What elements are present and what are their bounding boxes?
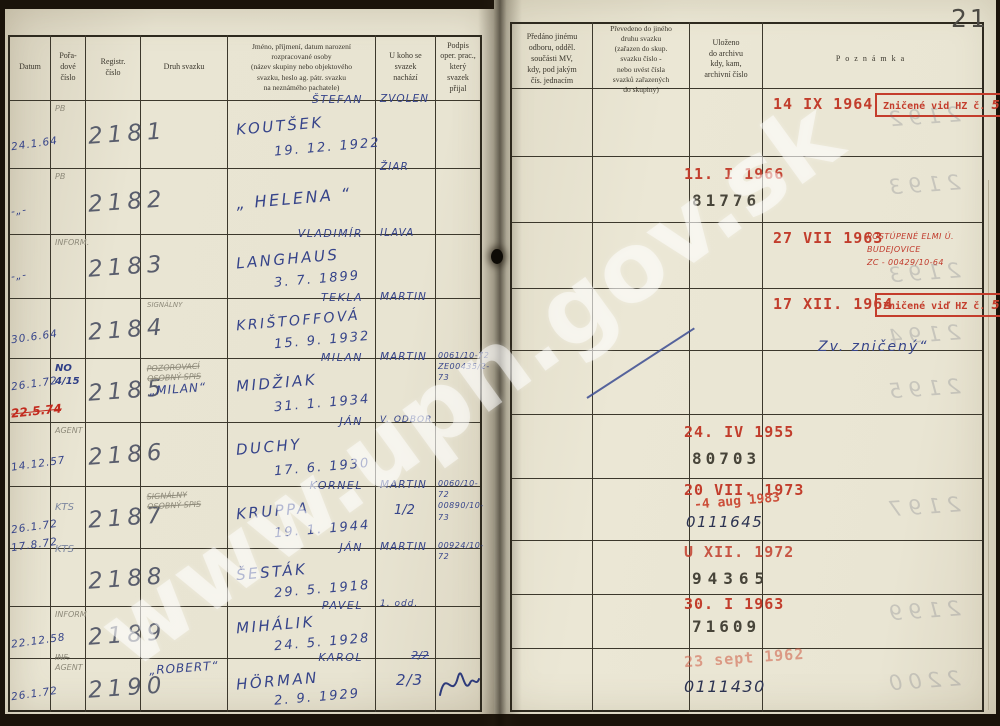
ulozeno-cell: 11. I 1966 81776 xyxy=(690,157,763,222)
poznamka-cell xyxy=(763,415,982,478)
datum-cell: 24.1.64 xyxy=(10,101,51,168)
prevedeno-cell xyxy=(593,351,690,414)
druh-cell: SIGNÁLNY xyxy=(141,299,228,358)
signature-cell xyxy=(436,423,480,486)
registr-cell: 2188 xyxy=(86,549,141,606)
location-fraction: 1/2 xyxy=(394,503,415,518)
ledger-row: 22.12.58 INFORM 2189 PAVEL MIHÁLIK 24. 5… xyxy=(10,606,480,658)
druh-cell xyxy=(141,169,228,234)
ledger-row: Zv. zničený“ 2195 xyxy=(512,350,982,414)
surname: DUCHY xyxy=(235,435,302,459)
right-table-header: Předáno jinému odboru, odděl. součásti M… xyxy=(512,22,982,88)
surname: KRUPPA xyxy=(235,498,310,522)
destroyed-stamp-number: 59/88 xyxy=(991,98,1000,112)
ledger-photo: Datum Pořa- dové číslo Registr. číslo Dr… xyxy=(0,0,1000,726)
archive-number-stamp: 80703 xyxy=(692,449,760,468)
archive-number-stamp: 81776 xyxy=(692,191,760,210)
header-poznamka: Poznámka xyxy=(763,22,982,97)
registr-cell: 2183 xyxy=(86,235,141,298)
archive-number-hand: 0111430 xyxy=(684,677,766,696)
ledger-row: 14.12.57 AGENT 2186 JÁN DUCHY 17. 6. 193… xyxy=(10,422,480,486)
bleedthrough-ghost-number: 2200 xyxy=(882,666,961,695)
registr-cell: 2182 xyxy=(86,169,141,234)
predano-cell xyxy=(512,415,593,478)
bleedthrough-ghost-number: 2192 xyxy=(882,102,961,131)
name-cell: ŠTEFAN KOUTŠEK 19. 12. 1922 xyxy=(228,101,376,168)
location: ZVOLEN xyxy=(380,93,429,105)
archive-number-stamp: 94365 xyxy=(692,569,770,588)
location: ILAVA xyxy=(380,227,414,239)
birth-date: 19. 12. 1922 xyxy=(274,135,382,159)
druh-note: SIGNÁLNY xyxy=(147,301,182,310)
poradove-value: KTS xyxy=(55,501,74,514)
location: ŽIAR xyxy=(380,161,409,173)
predano-cell xyxy=(512,541,593,594)
location: MARTIN xyxy=(380,351,427,363)
location: V. ODBOR xyxy=(380,415,432,425)
ulozeno-cell xyxy=(690,89,763,156)
datum-cell: 17.8.72 xyxy=(10,549,51,606)
ledger-row: 30. I 1963 71609 2199 xyxy=(512,594,982,648)
destroyed-stamp-number: 52/87 xyxy=(991,298,1000,312)
signature-cell xyxy=(436,607,480,658)
datum-value: -„- xyxy=(10,204,28,218)
datum-cell: 14.12.57 xyxy=(10,423,51,486)
poradove-crossed: INF. xyxy=(55,653,69,663)
name-cell: MILAN MIDŽIAK 31. 1. 1934 xyxy=(228,359,376,422)
poradove-value: AGENT xyxy=(55,426,83,436)
ulozeno-cell: U XII. 1972 94365 xyxy=(690,541,763,594)
poradove-cell: KTS xyxy=(51,549,86,606)
destroyed-stamp: Zničené viď HZ č. 52/87 xyxy=(875,293,1000,317)
name-cell: KAROL HÖRMAN 2. 9. 1929 xyxy=(228,659,376,712)
poradove-value: INFORM. xyxy=(55,238,89,248)
page-number: 21 xyxy=(951,4,989,33)
predano-cell xyxy=(512,289,593,350)
location-cell: 2/2 2/3 xyxy=(376,659,436,712)
signature-cell: 0060/10-72 00890/10-73 xyxy=(436,487,480,548)
datum-cell: 30.6.64 xyxy=(10,299,51,358)
birth-date: 2. 9. 1929 xyxy=(274,686,361,708)
first-name: KAROL xyxy=(318,651,363,664)
predano-cell xyxy=(512,89,593,156)
poradove-cell: AGENT xyxy=(51,423,86,486)
first-name: ŠTEFAN xyxy=(312,93,363,106)
druh-cell xyxy=(141,607,228,658)
druh-cell: POZOROVACÍ OSOBNÝ SPIS „MILAN“ xyxy=(141,359,228,422)
registr-cell: 2190 xyxy=(86,659,141,712)
poradove-cell: NO 4/15 xyxy=(51,359,86,422)
poznamka-cell: 2199 xyxy=(763,595,982,648)
bleedthrough-ghost-number: 2193 xyxy=(882,258,961,287)
druh-codename: „MILAN“ xyxy=(149,380,207,398)
ulozeno-cell xyxy=(690,223,763,288)
surname: LANGHAUS xyxy=(235,246,340,273)
prevedeno-cell xyxy=(593,223,690,288)
birth-date: 31. 1. 1934 xyxy=(274,391,371,414)
ulozeno-cell: 24. IV 1955 80703 xyxy=(690,415,763,478)
datum-cell: -„- xyxy=(10,235,51,298)
location-cell: MARTIN xyxy=(376,299,436,358)
datum-cell: -„- xyxy=(10,169,51,234)
first-name: JÁN xyxy=(340,415,364,428)
codename: „ HELENA “ xyxy=(235,183,352,212)
operative-number: 00924/10-72 xyxy=(438,540,484,562)
location-cell: MARTIN 1/2 xyxy=(376,487,436,548)
prevedeno-cell xyxy=(593,89,690,156)
registr-cell: 2189 xyxy=(86,607,141,658)
name-cell: KORNEL KRUPPA 19. 1. 1944 xyxy=(228,487,376,548)
location-cell: ILAVA xyxy=(376,235,436,298)
ledger-row: -„- PB 2182 „ HELENA “ ŽIAR xyxy=(10,168,480,234)
header-registr: Registr. číslo xyxy=(86,35,141,100)
signature-cell xyxy=(436,101,480,168)
birth-date: 15. 9. 1932 xyxy=(274,329,371,352)
ulozeno-cell: 20 VII. 1973 -4 aug 1983 0111645 xyxy=(690,479,763,540)
location: 2/3 xyxy=(396,671,423,689)
druh-cell xyxy=(141,101,228,168)
location: MARTIN xyxy=(380,541,427,553)
poradove-cell: INFORM xyxy=(51,607,86,658)
registr-cell: 2181 xyxy=(86,101,141,168)
registr-cell: 2185 xyxy=(86,359,141,422)
first-name: TEKLA xyxy=(321,291,363,304)
ledger-row: 11. I 1966 81776 2193 xyxy=(512,156,982,222)
poradove-value: KTS xyxy=(55,543,74,556)
location-cell: ŽIAR xyxy=(376,169,436,234)
druh-cell xyxy=(141,235,228,298)
ledger-row: 24. IV 1955 80703 xyxy=(512,414,982,478)
birth-date: 3. 7. 1899 xyxy=(274,268,361,290)
header-prevedeno: Převedeno do jiného druhu svazku (zařaze… xyxy=(593,22,690,97)
poznamka-cell: 2193 xyxy=(763,157,982,222)
location-cell: MARTIN xyxy=(376,359,436,422)
druh-cell xyxy=(141,423,228,486)
location: 1. odd. xyxy=(380,599,418,609)
poradove-cell xyxy=(51,299,86,358)
punch-hole xyxy=(491,249,503,264)
poznamka-cell: 14 IX 1964 Zničené vid HZ č. 59/88 2192 xyxy=(763,89,982,156)
location: MARTIN xyxy=(380,291,427,303)
left-table-header: Datum Pořa- dové číslo Registr. číslo Dr… xyxy=(10,35,480,100)
location-crossed: 2/2 xyxy=(411,649,429,662)
signature-cell xyxy=(436,659,480,712)
poznamka-cell: Zv. zničený“ 2195 xyxy=(763,351,982,414)
name-cell: „ HELENA “ xyxy=(228,169,376,234)
predano-cell xyxy=(512,479,593,540)
surname: ŠESTÁK xyxy=(235,560,308,584)
first-name: KORNEL xyxy=(309,479,363,492)
ulozeno-cell: 30. I 1963 71609 xyxy=(690,595,763,648)
name-cell: JÁN ŠESTÁK 29. 5. 1918 xyxy=(228,549,376,606)
poznamka-cell xyxy=(763,541,982,594)
druh-cell: SIGNÁLNY OSOBNÝ SPIS xyxy=(141,487,228,548)
ulozeno-cell: 23 sept 1962 0111430 xyxy=(690,649,763,712)
location-cell: ZVOLEN xyxy=(376,101,436,168)
birth-date: 19. 1. 1944 xyxy=(274,518,371,541)
poradove-value: PB xyxy=(55,172,65,182)
header-ulozeno: Uloženo do archivu kdy, kam, archivní čí… xyxy=(690,22,763,97)
ledger-row: U XII. 1972 94365 xyxy=(512,540,982,594)
birth-date: 29. 5. 1918 xyxy=(274,578,371,601)
predano-cell xyxy=(512,595,593,648)
druh-cell xyxy=(141,549,228,606)
datum-cell: 22.12.58 xyxy=(10,607,51,658)
header-jmeno: Jméno, příjmení, datum narození rozpraco… xyxy=(228,35,376,100)
poradove-value: AGENT xyxy=(55,663,83,673)
poradove-cell: PB xyxy=(51,169,86,234)
header-predano: Předáno jinému odboru, odděl. součásti M… xyxy=(512,22,593,97)
poradove-value: INFORM xyxy=(55,610,87,620)
header-datum: Datum xyxy=(10,35,51,100)
prevedeno-cell xyxy=(593,415,690,478)
ledger-row: 14 IX 1964 Zničené vid HZ č. 59/88 2192 xyxy=(512,88,982,156)
archive-number-hand: 0111645 xyxy=(686,513,763,531)
left-page: Datum Pořa- dové číslo Registr. číslo Dr… xyxy=(5,9,494,714)
poznamka-cell: 2200 xyxy=(763,649,982,712)
ulozeno-cell xyxy=(690,289,763,350)
registr-cell: 2187 xyxy=(86,487,141,548)
bleedthrough-ghost-number: 2199 xyxy=(882,596,961,625)
poznamka-cell: 2197 xyxy=(763,479,982,540)
surname: KOUTŠEK xyxy=(235,113,324,139)
first-name: PAVEL xyxy=(322,599,363,612)
header-poradove: Pořa- dové číslo xyxy=(51,35,86,100)
ledger-row: -„- INFORM. 2183 VLADIMÍR LANGHAUS 3. 7.… xyxy=(10,234,480,298)
registr-cell: 2186 xyxy=(86,423,141,486)
datum-value: -„- xyxy=(10,269,28,283)
poradove-cell: INFORM. xyxy=(51,235,86,298)
ledger-row: 23 sept 1962 0111430 2200 xyxy=(512,648,982,712)
prevedeno-cell xyxy=(593,649,690,712)
prevedeno-cell xyxy=(593,541,690,594)
datum-cell: 26.1.72 xyxy=(10,659,51,712)
archive-number-stamp: 71609 xyxy=(692,617,760,636)
bleedthrough-ghost-number: 2197 xyxy=(882,492,961,521)
druh-codename: „ROBERT“ xyxy=(149,659,220,678)
poznamka-cell: 27 VII 1963 POSTÚPENÉ ELMI Ú. BUDEJOVICE… xyxy=(763,223,982,288)
poradove-cell: INF. AGENT xyxy=(51,659,86,712)
signature-cell: 0061/10-72 ZE00435/2-73 xyxy=(436,359,480,422)
signature-cell: 00924/10-72 xyxy=(436,549,480,606)
date-stamp: 14 IX 1964 xyxy=(773,95,873,113)
ledger-row: 26.1.72 INF. AGENT 2190 „ROBERT“ KAROL H… xyxy=(10,658,480,712)
location-cell: MARTIN xyxy=(376,549,436,606)
predano-cell xyxy=(512,649,593,712)
signature-cell xyxy=(436,235,480,298)
blue-handwritten-note: Zv. zničený“ xyxy=(818,339,928,355)
bleedthrough-ghost-number: 2193 xyxy=(882,170,961,199)
location: MARTIN xyxy=(380,479,427,491)
header-ukoho: U koho se svazek nachází xyxy=(376,35,436,100)
header-druh: Druh svazku xyxy=(141,35,228,100)
ulozeno-cell xyxy=(690,351,763,414)
destroyed-stamp-label: Zničené viď HZ č. xyxy=(883,301,985,312)
signature-scribble xyxy=(436,661,480,711)
ledger-row: 27 VII 1963 POSTÚPENÉ ELMI Ú. BUDEJOVICE… xyxy=(512,222,982,288)
operative-number: 0061/10-72 ZE00435/2-73 xyxy=(438,350,490,384)
signature-cell xyxy=(436,169,480,234)
header-podpis: Podpis oper. prac., který svazek přijal xyxy=(436,35,480,100)
right-page: Předáno jinému odboru, odděl. součásti M… xyxy=(494,0,996,714)
datum-cell: 26.1.72 22.5.74 xyxy=(10,359,51,422)
birth-date: 17. 6. 1930 xyxy=(274,455,371,478)
name-cell: VLADIMÍR LANGHAUS 3. 7. 1899 xyxy=(228,235,376,298)
druh-crossed: SIGNÁLNY OSOBNÝ SPIS xyxy=(146,490,201,514)
poradove-value: NO 4/15 xyxy=(55,362,80,388)
first-name: JÁN xyxy=(340,541,364,554)
prevedeno-cell xyxy=(593,595,690,648)
ledger-row: 20 VII. 1973 -4 aug 1983 0111645 2197 xyxy=(512,478,982,540)
name-cell: JÁN DUCHY 17. 6. 1930 xyxy=(228,423,376,486)
first-name: VLADIMÍR xyxy=(298,227,363,240)
operative-number: 0060/10-72 00890/10-73 xyxy=(438,478,484,523)
prevedeno-cell xyxy=(593,479,690,540)
surname: MIDŽIAK xyxy=(235,371,317,396)
ledger-row: 17.8.72 KTS 2188 JÁN ŠESTÁK 29. 5. 1918 … xyxy=(10,548,480,606)
ledger-row: 24.1.64 PB 2181 ŠTEFAN KOUTŠEK 19. 12. 1… xyxy=(10,100,480,168)
bleedthrough-ghost-number: 2195 xyxy=(882,374,961,403)
surname: MIHÁLIK xyxy=(235,613,315,638)
druh-cell: „ROBERT“ xyxy=(141,659,228,712)
first-name: MILAN xyxy=(321,351,363,364)
poradove-cell: PB xyxy=(51,101,86,168)
poradove-value: PB xyxy=(55,104,65,114)
location-cell: V. ODBOR xyxy=(376,423,436,486)
name-cell: TEKLA KRIŠTOFFOVÁ 15. 9. 1932 xyxy=(228,299,376,358)
prevedeno-cell xyxy=(593,157,690,222)
ledger-row: 26.1.72 KTS 2187 SIGNÁLNY OSOBNÝ SPIS KO… xyxy=(10,486,480,548)
ledger-row: 30.6.64 2184 SIGNÁLNY TEKLA KRIŠTOFFOVÁ … xyxy=(10,298,480,358)
registr-cell: 2184 xyxy=(86,299,141,358)
page-edge xyxy=(988,180,989,710)
predano-cell xyxy=(512,223,593,288)
predano-cell xyxy=(512,351,593,414)
predano-cell xyxy=(512,157,593,222)
surname: HÖRMAN xyxy=(235,668,319,693)
ledger-row: 26.1.72 22.5.74 NO 4/15 2185 POZOROVACÍ … xyxy=(10,358,480,422)
